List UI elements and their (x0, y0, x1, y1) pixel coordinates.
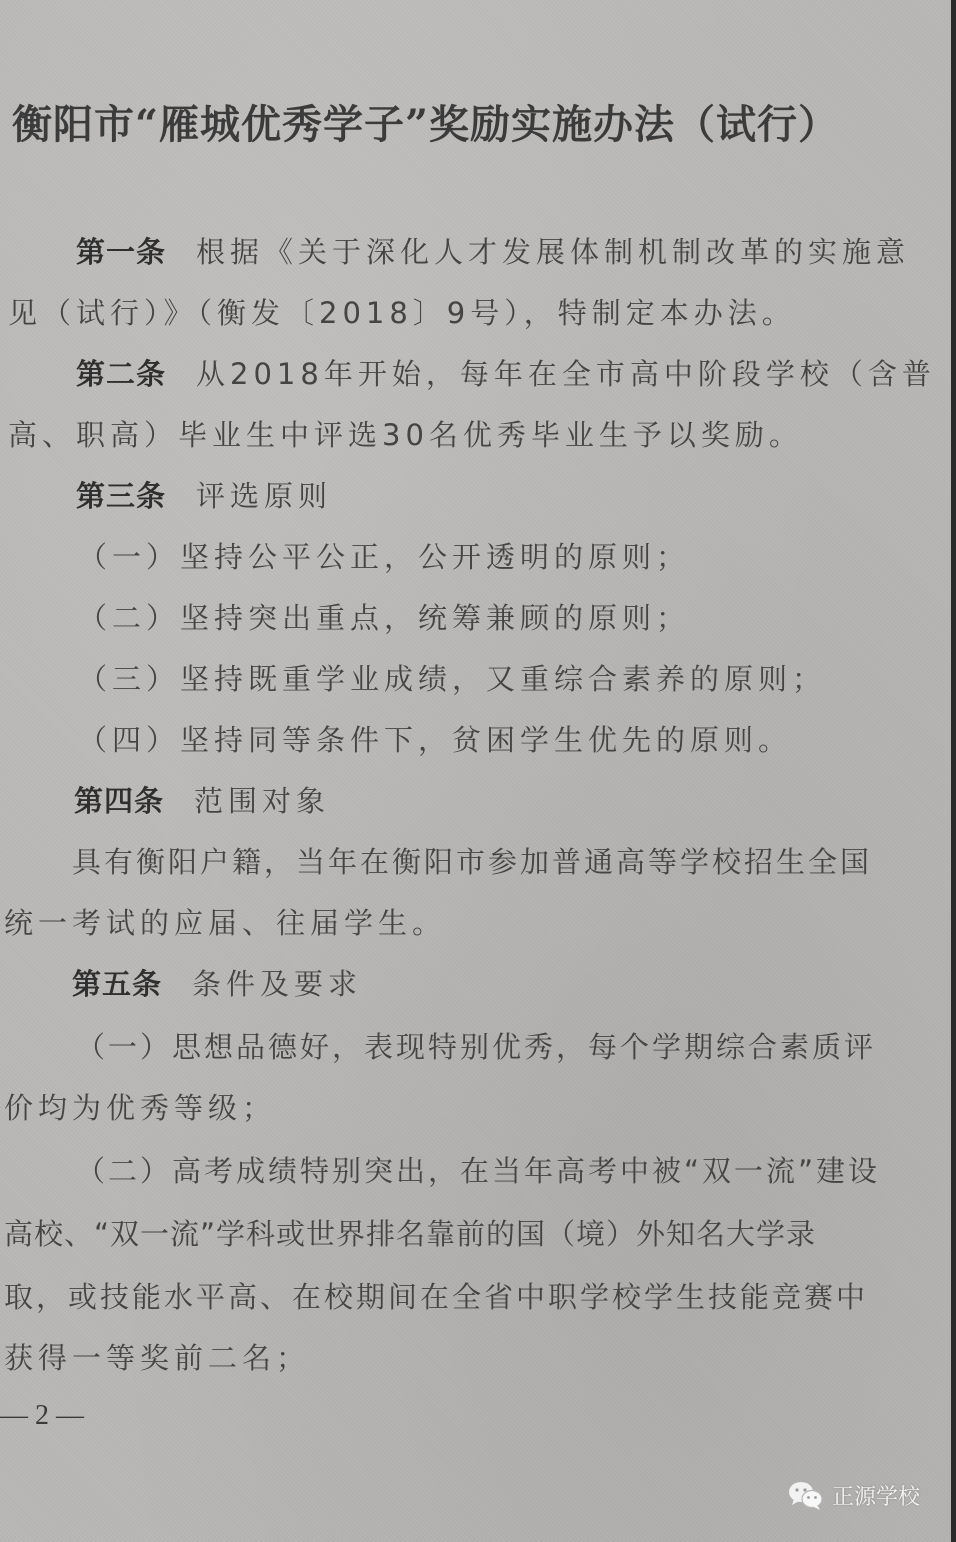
wechat-icon (788, 1481, 824, 1511)
paragraph-line: 高校、“双一流”学科或世界排名靠前的国（境）外知名大学录 (4, 1214, 816, 1254)
paragraph-line: 统一考试的应届、往届学生。 (4, 903, 446, 943)
paragraph-line: 第三条评选原则 (76, 476, 332, 516)
line-text: （二）高考成绩特别突出，在当年高考中被“双一流”建设 (76, 1154, 880, 1188)
list-item: （三）坚持既重学业成绩，又重综合素养的原则； (78, 659, 826, 699)
line-text: （三）坚持既重学业成绩，又重综合素养的原则； (78, 662, 826, 696)
line-text: （二）坚持突出重点，统筹兼顾的原则； (78, 601, 690, 635)
paragraph-line: 第四条范围对象 (74, 781, 330, 821)
line-text: 根据《关于深化人才发展体制机制改革的实施意 (196, 235, 910, 269)
list-item: （二）高考成绩特别突出，在当年高考中被“双一流”建设 (76, 1151, 880, 1191)
article-label: 第四条 (74, 784, 164, 818)
paragraph-line: 价均为优秀等级； (4, 1088, 276, 1128)
line-text: 范围对象 (194, 784, 330, 818)
line-text: 评选原则 (196, 479, 332, 513)
line-text: 价均为优秀等级； (4, 1091, 276, 1125)
watermark: 正源学校 (788, 1480, 920, 1511)
article-label: 第一条 (76, 235, 166, 269)
line-text: （四）坚持同等条件下，贫困学生优先的原则。 (78, 723, 792, 757)
article-label: 第三条 (76, 479, 166, 513)
line-text: 从2018年开始，每年在全市高中阶段学校（含普 (196, 357, 936, 391)
line-text: 具有衡阳户籍，当年在衡阳市参加普通高等学校招生全国 (72, 845, 872, 879)
paragraph-line: 见（试行）》（衡发〔2018〕9号），特制定本办法。 (8, 293, 796, 333)
paragraph-line: 高、职高）毕业生中评选30名优秀毕业生予以奖励。 (8, 415, 803, 455)
article-label: 第五条 (72, 967, 162, 1001)
list-item: （二）坚持突出重点，统筹兼顾的原则； (78, 598, 690, 638)
paragraph-line: 第二条从2018年开始，每年在全市高中阶段学校（含普 (76, 354, 936, 394)
paragraph-line: 第五条条件及要求 (72, 964, 362, 1004)
line-text: 条件及要求 (192, 967, 362, 1001)
list-item: （一）思想品德好，表现特别优秀，每个学期综合素质评 (76, 1027, 876, 1067)
line-text: （一）坚持公平公正，公开透明的原则； (78, 540, 690, 574)
page-number: — 2 — (0, 1400, 84, 1432)
article-label: 第二条 (76, 357, 166, 391)
paragraph-line: 获得一等奖前二名； (4, 1338, 310, 1378)
paragraph-line: 取，或技能水平高、在校期间在全省中职学校学生技能竞赛中 (4, 1277, 868, 1317)
document-title: 衡阳市“雁城优秀学子”奖励实施办法（试行） (12, 98, 956, 152)
line-text: 取，或技能水平高、在校期间在全省中职学校学生技能竞赛中 (4, 1280, 868, 1314)
line-text: 见（试行）》（衡发〔2018〕9号），特制定本办法。 (8, 296, 796, 330)
line-text: 高校、“双一流”学科或世界排名靠前的国（境）外知名大学录 (4, 1217, 816, 1251)
page-edge-shadow (951, 0, 956, 1542)
line-text: 统一考试的应届、往届学生。 (4, 906, 446, 940)
line-text: 高、职高）毕业生中评选30名优秀毕业生予以奖励。 (8, 418, 803, 452)
paragraph-line: 第一条根据《关于深化人才发展体制机制改革的实施意 (76, 232, 910, 272)
watermark-text: 正源学校 (832, 1480, 920, 1511)
list-item: （四）坚持同等条件下，贫困学生优先的原则。 (78, 720, 792, 760)
list-item: （一）坚持公平公正，公开透明的原则； (78, 537, 690, 577)
line-text: （一）思想品德好，表现特别优秀，每个学期综合素质评 (76, 1030, 876, 1064)
paragraph-line: 具有衡阳户籍，当年在衡阳市参加普通高等学校招生全国 (72, 842, 872, 882)
line-text: 获得一等奖前二名； (4, 1341, 310, 1375)
